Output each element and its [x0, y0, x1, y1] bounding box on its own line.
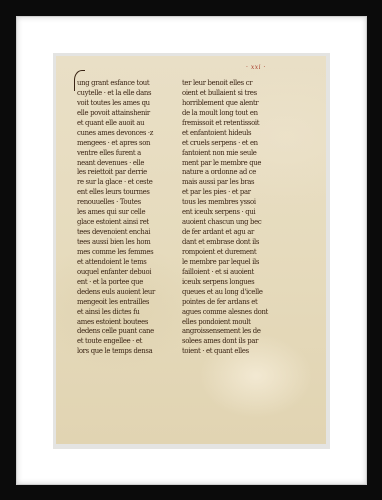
- manuscript-line: iceulx serpens longues: [182, 277, 279, 287]
- manuscript-line: cuytelle · et la elle dans: [77, 88, 174, 98]
- manuscript-line: fremissoit et retentissoit: [182, 118, 279, 128]
- manuscript-line: dedens euls auoient leur: [77, 287, 174, 297]
- manuscript-line: re sur la glace · et ceste: [77, 177, 174, 187]
- manuscript-line: dant et embrase dont ils: [182, 237, 279, 247]
- manuscript-line: et attendoient le tems: [77, 257, 174, 267]
- left-text-column: ung grant esfance toutcuytelle · et la e…: [77, 78, 181, 356]
- manuscript-line: ter leur benoit elles cr: [182, 78, 279, 88]
- manuscript-line: mengees · et apres son: [77, 138, 174, 148]
- manuscript-line: et enfantoient hideuls: [182, 128, 279, 138]
- manuscript-line: angroissensement les de: [182, 326, 279, 336]
- manuscript-line: queues et au long d'icelle: [182, 287, 279, 297]
- manuscript-line: voit toutes les ames qu: [77, 98, 174, 108]
- manuscript-line: et cruels serpens · et en: [182, 138, 279, 148]
- manuscript-line: le membre par lequel ils: [182, 257, 279, 267]
- manuscript-line: ent elles leurs tourmes: [77, 187, 174, 197]
- manuscript-line: et ainsi les dictes fu: [77, 307, 174, 317]
- manuscript-line: ent iceulx serpens · qui: [182, 207, 279, 217]
- manuscript-line: et quant elle auoit au: [77, 118, 174, 128]
- manuscript-line: cunes ames devonces ·z: [77, 128, 174, 138]
- manuscript-line: nature a ordonne ad ce: [182, 167, 279, 177]
- manuscript-line: oient et bullaient si tres: [182, 88, 279, 98]
- manuscript-line: ventre elles furent a: [77, 148, 174, 158]
- manuscript-line: ung grant esfance tout: [77, 78, 174, 88]
- manuscript-line: mes comme les femmes: [77, 247, 174, 257]
- manuscript-line: renouuelles · Toutes: [77, 197, 174, 207]
- manuscript-line: les ames qui sur celle: [77, 207, 174, 217]
- manuscript-line: les reiettoit par derrie: [77, 167, 174, 177]
- right-text-column: ter leur benoit elles croient et bullaie…: [182, 78, 286, 356]
- folio-number: · xxi ·: [246, 64, 266, 71]
- manuscript-line: lors que le temps densa: [77, 346, 174, 356]
- manuscript-line: rompoient et durement: [182, 247, 279, 257]
- manuscript-line: mais aussi par les bras: [182, 177, 279, 187]
- manuscript-line: elles pondoient moult: [182, 317, 279, 327]
- manuscript-line: toient · et quant elles: [182, 346, 279, 356]
- manuscript-line: neant devenues · elle: [77, 158, 174, 168]
- manuscript-page: · xxi · ung grant esfance toutcuytelle ·…: [56, 56, 326, 444]
- manuscript-line: de fer ardant et agu ar: [182, 227, 279, 237]
- manuscript-line: tees devenoient enchai: [77, 227, 174, 237]
- manuscript-line: mengeoit les entrailles: [77, 297, 174, 307]
- manuscript-line: dedens celle puant cane: [77, 326, 174, 336]
- manuscript-line: tees aussi bien les hom: [77, 237, 174, 247]
- manuscript-line: et toute engellee · et: [77, 336, 174, 346]
- manuscript-line: fantoient non mie seule: [182, 148, 279, 158]
- manuscript-line: solees ames dont ils par: [182, 336, 279, 346]
- manuscript-line: pointes de fer ardans et: [182, 297, 279, 307]
- manuscript-line: auoient chascun ung bec: [182, 217, 279, 227]
- manuscript-line: elle povoit attainshenir: [77, 108, 174, 118]
- manuscript-line: glace estoient ainsi ret: [77, 217, 174, 227]
- manuscript-line: ouquel enfanter debuoi: [77, 267, 174, 277]
- manuscript-line: horriblement que alentr: [182, 98, 279, 108]
- manuscript-line: ames estoient boutees: [77, 317, 174, 327]
- manuscript-line: tous les membres yssoi: [182, 197, 279, 207]
- manuscript-line: de la moult long tout en: [182, 108, 279, 118]
- manuscript-line: failloient · et si auoient: [182, 267, 279, 277]
- manuscript-line: ent · et la portee que: [77, 277, 174, 287]
- manuscript-line: agues comme alesnes dont: [182, 307, 279, 317]
- manuscript-line: ment par le membre que: [182, 158, 279, 168]
- manuscript-line: et par les pies · et par: [182, 187, 279, 197]
